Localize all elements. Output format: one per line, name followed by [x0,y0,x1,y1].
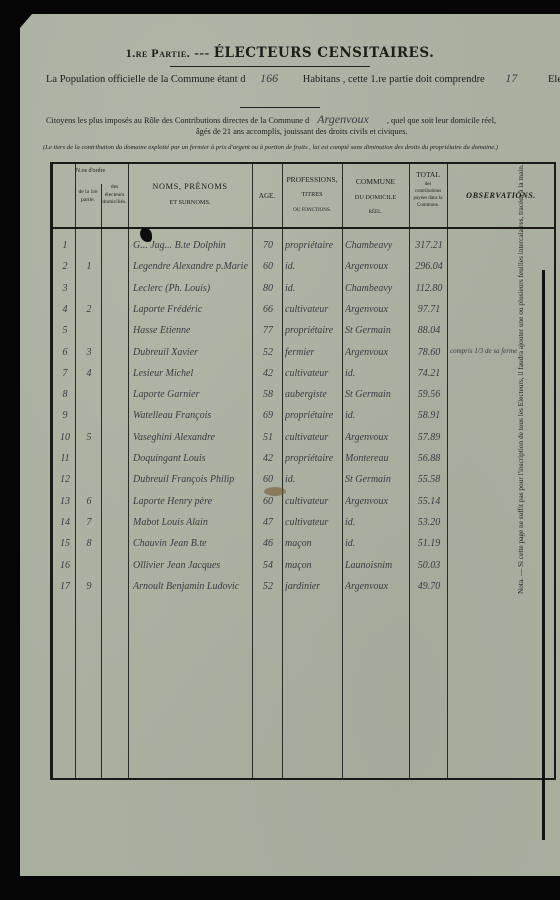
cell-commune: Chambeavy [345,283,407,294]
cell-age: 77 [256,325,280,336]
stain [264,487,286,496]
cell-n: 9 [57,410,73,421]
cell-n: 17 [57,581,73,592]
cell-name: G... Jug... B.te Dolphin [133,240,251,251]
cell-commune: Argenvoux [345,304,407,315]
cell-commune: St Germain [345,389,407,400]
cell-commune: Montereau [345,453,407,464]
header-ordre-partie: de la 1re partie. [75,189,101,204]
contribution-note: (Le tiers de la contribution du domaine … [43,144,558,151]
cell-age: 46 [256,538,280,549]
cell-total: 97.71 [411,304,447,315]
cell-d: 2 [79,304,99,315]
cell-prof: propriétaire [285,453,341,464]
cell-age: 42 [256,368,280,379]
cell-total: 53.20 [411,517,447,528]
cell-total: 112.80 [411,283,447,294]
header-surnoms: ET SURNOMS. [128,199,252,207]
cell-prof: jardinier [285,581,341,592]
cell-prof: propriétaire [285,325,341,336]
citoyens-prefix: Citoyens les plus imposés au Rôle des Co… [46,116,309,125]
cell-age: 52 [256,347,280,358]
cell-obs: compris 1/3 de sa ferme [450,347,555,355]
cell-total: 59.56 [411,389,447,400]
cell-prof: cultivateur [285,304,341,315]
citoyens-statement: Citoyens les plus imposés au Rôle des Co… [46,114,556,137]
cell-d: 8 [79,538,99,549]
cell-d: 6 [79,496,99,507]
population-prefix: La Population officielle de la Commune é… [46,74,246,85]
cell-n: 16 [57,560,73,571]
cell-name: Laporte Garnier [133,389,251,400]
cell-name: Arnoult Benjamin Ludovic [133,581,251,592]
electors-table: N.os d'ordre de la 1re partie. des élect… [50,162,556,780]
ink-blot [140,228,152,242]
cell-commune: id. [345,517,407,528]
cell-prof: cultivateur [285,517,341,528]
cell-prof: maçon [285,538,341,549]
cell-name: Mabot Louis Alain [133,517,251,528]
cell-total: 50.03 [411,560,447,571]
cell-total: 74.21 [411,368,447,379]
cell-prof: aubergiste [285,389,341,400]
cell-n: 13 [57,496,73,507]
cell-name: Dubreuil Xavier [133,347,251,358]
cell-prof: id. [285,261,341,272]
cell-commune: St Germain [345,474,407,485]
cell-commune: Argenvoux [345,496,407,507]
cell-d: 5 [79,432,99,443]
cell-prof: propriétaire [285,410,341,421]
cell-name: Laporte Henry père [133,496,251,507]
title-dash: --- [194,46,210,61]
cell-name: Chauvin Jean B.te [133,538,251,549]
cell-age: 47 [256,517,280,528]
citoyens-line2: âgés de 21 ans accomplis, jouissant des … [46,126,556,137]
cell-n: 11 [57,453,73,464]
cell-total: 296.04 [411,261,447,272]
header-total: TOTAL [409,170,447,180]
cell-n: 10 [57,432,73,443]
cell-name: Dubreuil François Philip [133,474,251,485]
electors-count: 17 [505,71,517,85]
cell-prof: id. [285,283,341,294]
cell-d: 1 [79,261,99,272]
cell-total: 57.89 [411,432,447,443]
page-title: 1.re Partie. --- ÉLECTEURS CENSITAIRES. [20,45,540,62]
nota-vertical: Nota. — Si cette page ne suffit pas pour… [516,582,526,594]
population-middle: Habitans , cette 1.re partie doit compre… [303,74,485,85]
cell-commune: Launoisnim [345,560,407,571]
cell-n: 14 [57,517,73,528]
header-total-desc: des contributions payées dans la Commune… [411,181,445,209]
cell-age: 66 [256,304,280,315]
cell-commune: id. [345,410,407,421]
cell-age: 80 [256,283,280,294]
table-row: 179Arnoult Benjamin Ludovic52jardinierAr… [53,577,554,601]
title-rule [170,66,370,67]
cell-n: 6 [57,347,73,358]
cell-age: 42 [256,453,280,464]
cell-name: Legendre Alexandre p.Marie [133,261,251,272]
cell-prof: cultivateur [285,432,341,443]
cell-n: 15 [57,538,73,549]
cell-n: 7 [57,368,73,379]
header-reel: RÉEL. [342,209,409,217]
cell-total: 317.21 [411,240,447,251]
cell-prof: maçon [285,560,341,571]
header-observations: OBSERVATIONS. [447,191,555,201]
cell-age: 52 [256,581,280,592]
commune-name: Argenvoux [317,112,369,126]
cell-total: 78.60 [411,347,447,358]
header-domicile: DU DOMICILE [342,194,409,202]
header-commune: COMMUNE [342,177,409,187]
cell-n: 5 [57,325,73,336]
header-fonctions: OU FONCTIONS. [282,207,342,215]
cell-n: 3 [57,283,73,294]
document-page: 1.re Partie. --- ÉLECTEURS CENSITAIRES. … [20,14,560,876]
cell-name: Doquingant Louis [133,453,251,464]
cell-age: 60 [256,261,280,272]
cell-n: 12 [57,474,73,485]
cell-d: 9 [79,581,99,592]
part-label: 1.re Partie. [126,46,191,60]
cell-age: 60 [256,474,280,485]
cell-commune: Argenvoux [345,581,407,592]
cell-total: 56.88 [411,453,447,464]
header-ordre-domicilies: des électeurs domiciliés. [101,184,128,207]
cell-commune: Argenvoux [345,347,407,358]
cell-total: 88.04 [411,325,447,336]
header-noms: NOMS, PRÉNOMS [128,182,252,192]
title-text: ÉLECTEURS CENSITAIRES. [214,45,435,61]
cell-n: 2 [57,261,73,272]
cell-age: 58 [256,389,280,400]
header-ordre: N.os d'ordre [53,168,128,176]
cell-name: Vaseghini Alexandre [133,432,251,443]
cell-age: 51 [256,432,280,443]
cell-prof: id. [285,474,341,485]
cell-total: 58.91 [411,410,447,421]
cell-age: 70 [256,240,280,251]
cell-name: Lesieur Michel [133,368,251,379]
cell-name: Leclerc (Ph. Louis) [133,283,251,294]
population-value: 166 [260,71,278,85]
cell-n: 1 [57,240,73,251]
cell-commune: id. [345,368,407,379]
cell-commune: Argenvoux [345,261,407,272]
cell-d: 3 [79,347,99,358]
cell-total: 51.19 [411,538,447,549]
population-suffix: Electeurs. [548,74,560,85]
cell-commune: id. [345,538,407,549]
population-line: La Population officielle de la Commune é… [46,71,546,86]
header-titres: TITRES [282,191,342,199]
cell-prof: cultivateur [285,368,341,379]
header-professions: PROFESSIONS, [282,175,342,185]
header-age: AGE. [252,191,282,201]
cell-prof: fermier [285,347,341,358]
cell-total: 55.14 [411,496,447,507]
cell-commune: Argenvoux [345,432,407,443]
cell-name: Ollivier Jean Jacques [133,560,251,571]
cell-name: Laporte Frédéric [133,304,251,315]
cell-n: 8 [57,389,73,400]
cell-d: 4 [79,368,99,379]
cell-commune: Chambeavy [345,240,407,251]
cell-n: 4 [57,304,73,315]
cell-total: 55.58 [411,474,447,485]
cell-prof: propriétaire [285,240,341,251]
cell-age: 69 [256,410,280,421]
cell-name: Hasse Etienne [133,325,251,336]
cell-name: Watelleau François [133,410,251,421]
divider-rule [240,107,320,108]
cell-prof: cultivateur [285,496,341,507]
cell-d: 7 [79,517,99,528]
cell-total: 49.70 [411,581,447,592]
cell-commune: St Germain [345,325,407,336]
cell-age: 54 [256,560,280,571]
citoyens-suffix: , quel que soit leur domicile réel, [387,116,496,125]
cell-age: 60 [256,496,280,507]
header-rule [53,227,554,229]
margin-rule [542,270,545,840]
